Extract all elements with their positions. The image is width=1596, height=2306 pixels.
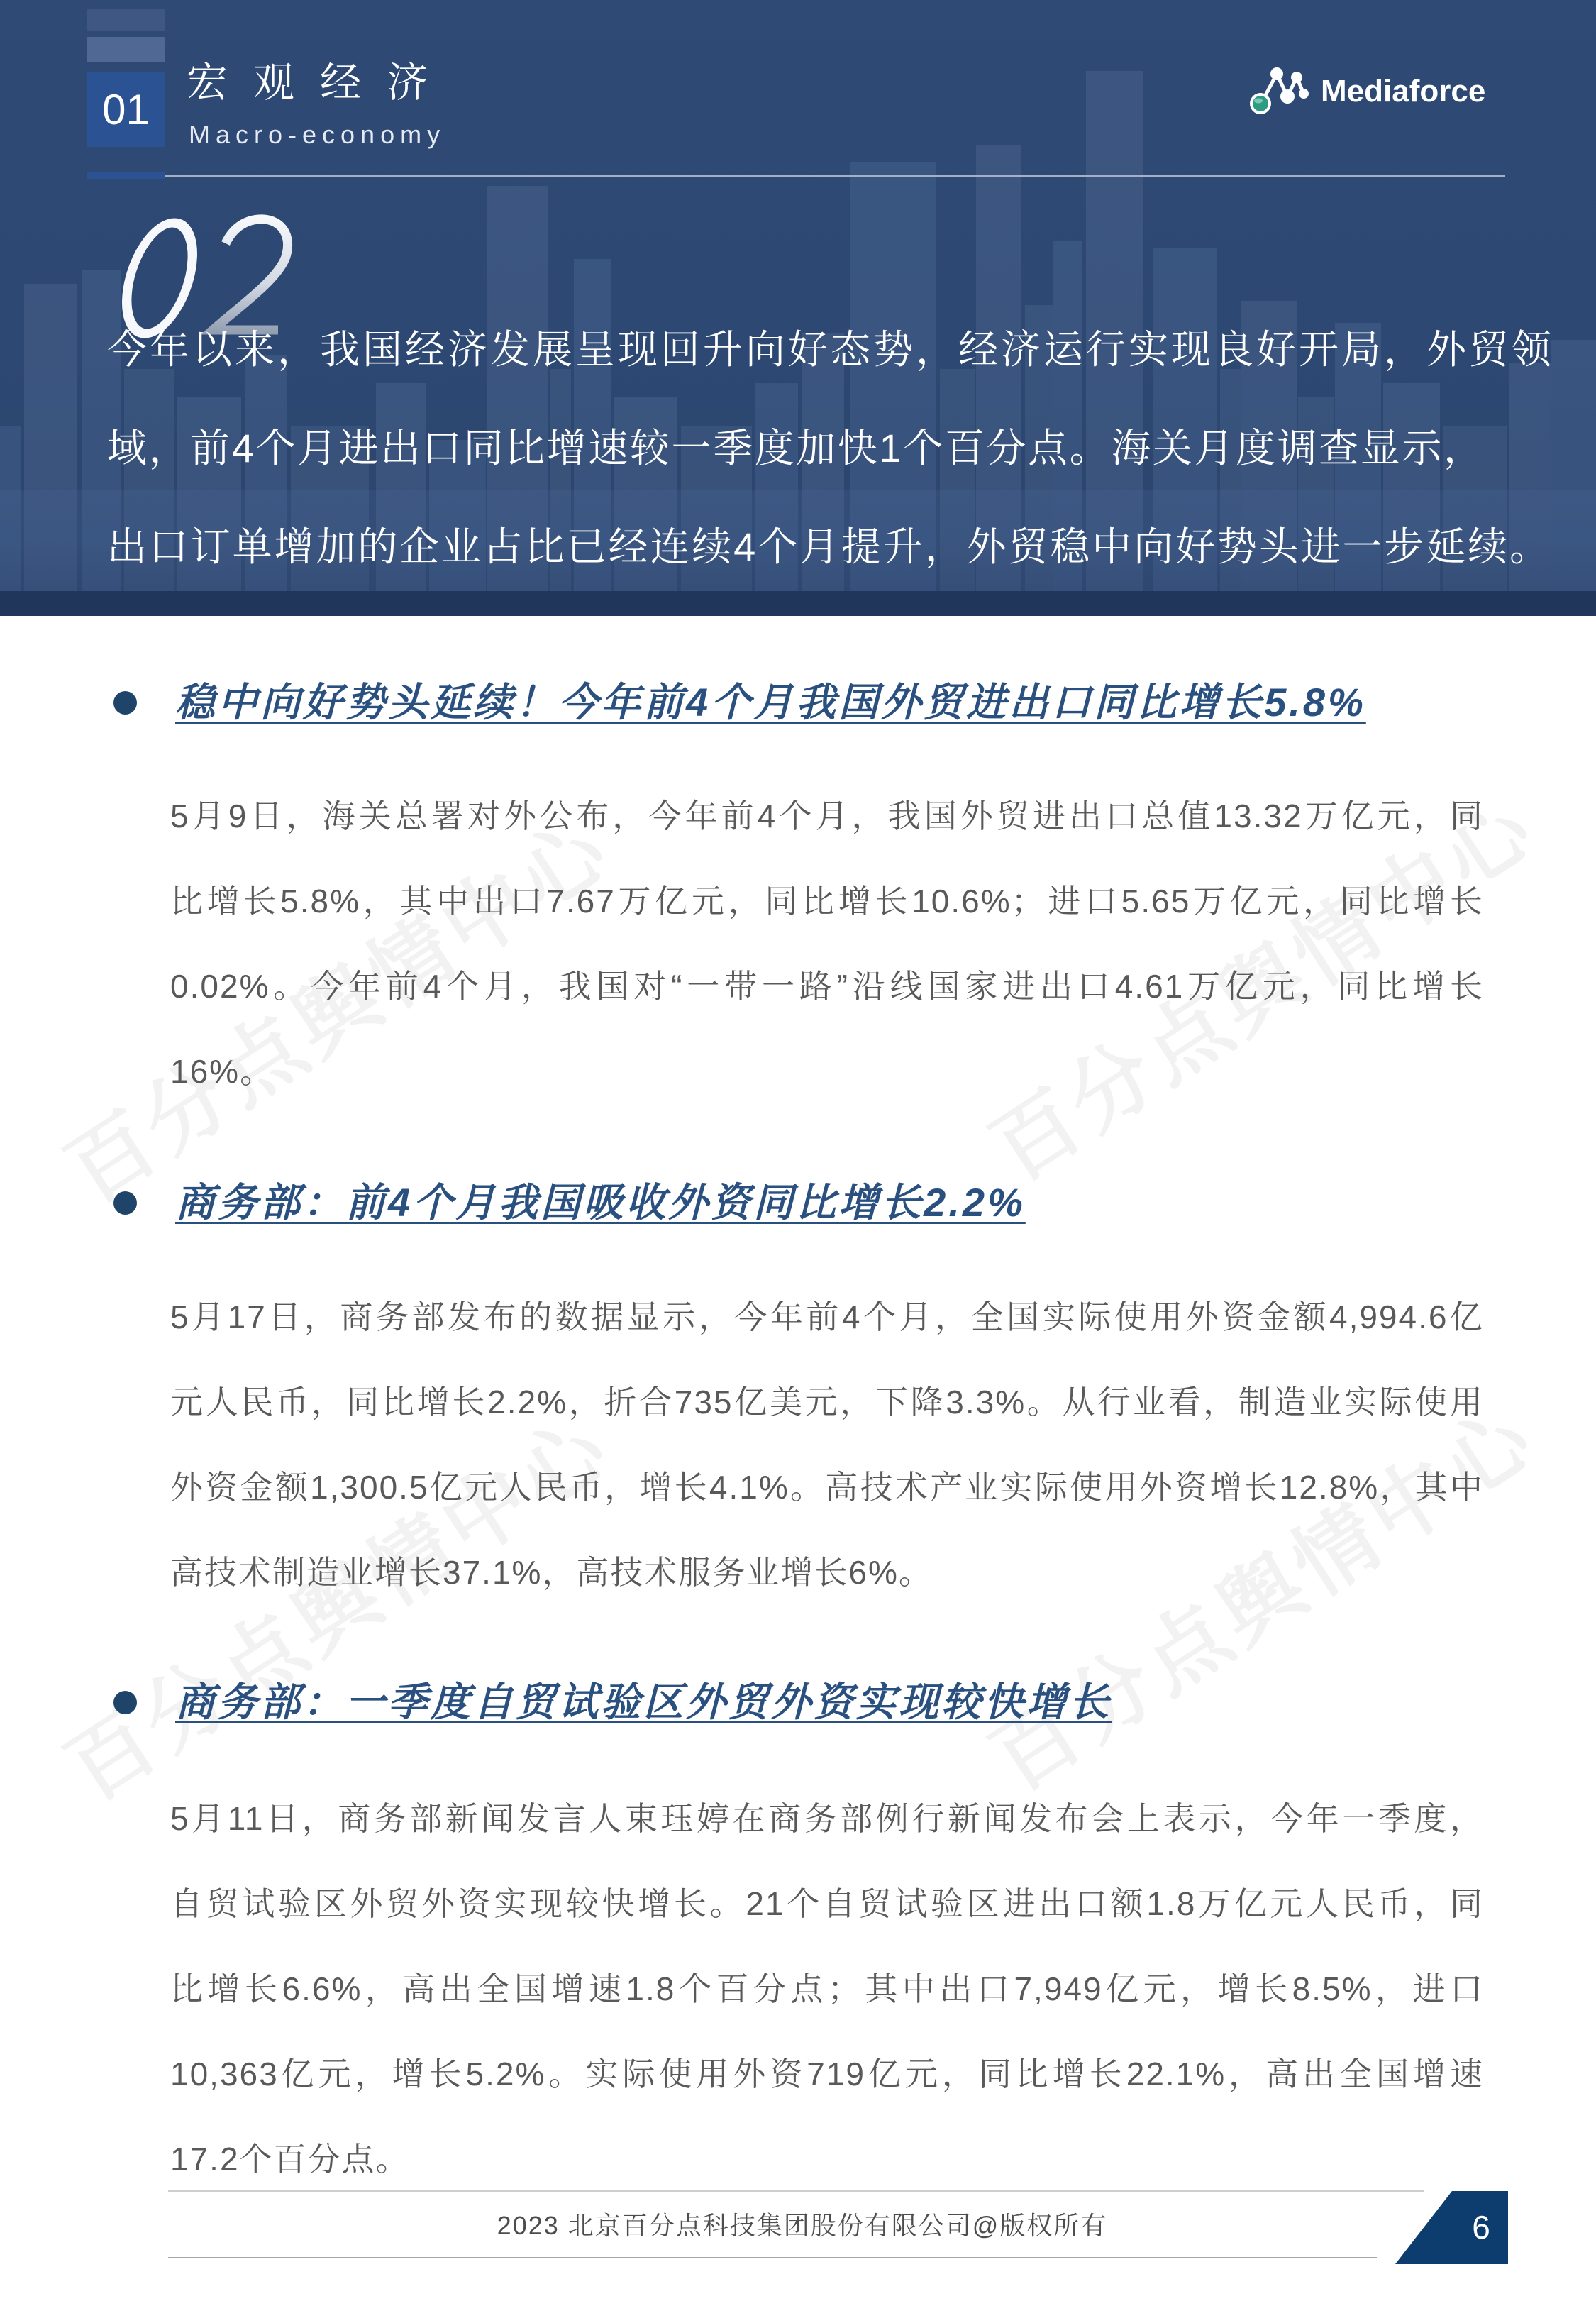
report-page: 01 宏观经济 Macro-economy Mediaforce [0, 0, 1596, 2306]
news-heading-1: 稳中向好势头延续！今年前4个月我国外贸进出口同比增长5.8% [113, 671, 1532, 734]
bullet-dot-icon [113, 1691, 137, 1714]
footer-rule-bottom [168, 2257, 1377, 2258]
page-number: 6 [1469, 2191, 1493, 2264]
paragraph-line: 0.02%。今年前4个月，我国对“一带一路”沿线国家进出口4.61万亿元，同比增… [170, 944, 1484, 1029]
news-paragraph-1: 5月9日，海关总署对外公布，今年前4个月，我国外贸进出口总值13.32万亿元，同… [170, 773, 1484, 1114]
header-banner: 01 宏观经济 Macro-economy Mediaforce [0, 0, 1596, 616]
paragraph-line: 比增长6.6%，高出全国增速1.8个百分点；其中出口7,949亿元，增长8.5%… [170, 1946, 1484, 2031]
bullet-dot-icon [113, 691, 137, 715]
paragraph-line: 5月11日，商务部新闻发言人束珏婷在商务部例行新闻发布会上表示，今年一季度， [170, 1776, 1484, 1861]
news-heading-2: 商务部：前4个月我国吸收外资同比增长2.2% [113, 1171, 1532, 1235]
paragraph-line: 5月17日，商务部发布的数据显示，今年前4个月，全国实际使用外资金额4,994.… [170, 1274, 1484, 1359]
header-rule [165, 175, 1505, 177]
paragraph-line: 高技术制造业增长37.1%，高技术服务业增长6%。 [170, 1530, 1484, 1615]
decor-block-top [87, 9, 165, 31]
heading-link[interactable]: 商务部：前4个月我国吸收外资同比增长2.2% [175, 1171, 1026, 1235]
paragraph-line: 5月9日，海关总署对外公布，今年前4个月，我国外贸进出口总值13.32万亿元，同 [170, 773, 1484, 859]
decor-block-middle [87, 37, 165, 62]
paragraph-line: 自贸试验区外贸外资实现较快增长。21个自贸试验区进出口额1.8万亿元人民币，同 [170, 1861, 1484, 1946]
paragraph-line: 元人民币，同比增长2.2%，折合735亿美元，下降3.3%。从行业看，制造业实际… [170, 1359, 1484, 1445]
news-paragraph-2: 5月17日，商务部发布的数据显示，今年前4个月，全国实际使用外资金额4,994.… [170, 1274, 1484, 1615]
intro-line: 域，前4个月进出口同比增速较一季度加快1个百分点。海关月度调查显示， [107, 399, 1484, 497]
news-paragraph-3: 5月11日，商务部新闻发言人束珏婷在商务部例行新闻发布会上表示，今年一季度， 自… [170, 1776, 1484, 2202]
paragraph-line: 16%。 [170, 1029, 1484, 1114]
paragraph-line: 比增长5.8%，其中出口7.67万亿元，同比增长10.6%；进口5.65万亿元，… [170, 859, 1484, 944]
paragraph-line: 17.2个百分点。 [170, 2117, 1484, 2202]
section-title: 宏观经济 [187, 58, 453, 108]
section-number-badge: 01 [87, 72, 165, 147]
header-rule-accent [87, 172, 165, 179]
heading-link[interactable]: 商务部：一季度自贸试验区外贸外资实现较快增长 [175, 1670, 1112, 1734]
heading-link[interactable]: 稳中向好势头延续！今年前4个月我国外贸进出口同比增长5.8% [175, 671, 1366, 734]
section-subtitle: Macro-economy [189, 121, 445, 149]
mediaforce-logo-icon [1245, 62, 1316, 119]
intro-line: 出口订单增加的企业占比已经连续4个月提升，外贸稳中向好势头进一步延续。 [107, 497, 1550, 596]
paragraph-line: 外资金额1,300.5亿元人民币，增长4.1%。高技术产业实际使用外资增长12.… [170, 1445, 1484, 1530]
paragraph-line: 10,363亿元，增长5.2%。实际使用外资719亿元，同比增长22.1%，高出… [170, 2031, 1484, 2117]
news-heading-3: 商务部：一季度自贸试验区外贸外资实现较快增长 [113, 1670, 1532, 1734]
logo-wordmark: Mediaforce [1321, 74, 1485, 109]
bullet-dot-icon [113, 1191, 137, 1215]
intro-line: 今年以来，我国经济发展呈现回升向好态势，经济运行实现良好开局，外贸领 [107, 300, 1552, 399]
footer-copyright: 2023 北京百分点科技集团股份有限公司@版权所有 [168, 2208, 1436, 2244]
